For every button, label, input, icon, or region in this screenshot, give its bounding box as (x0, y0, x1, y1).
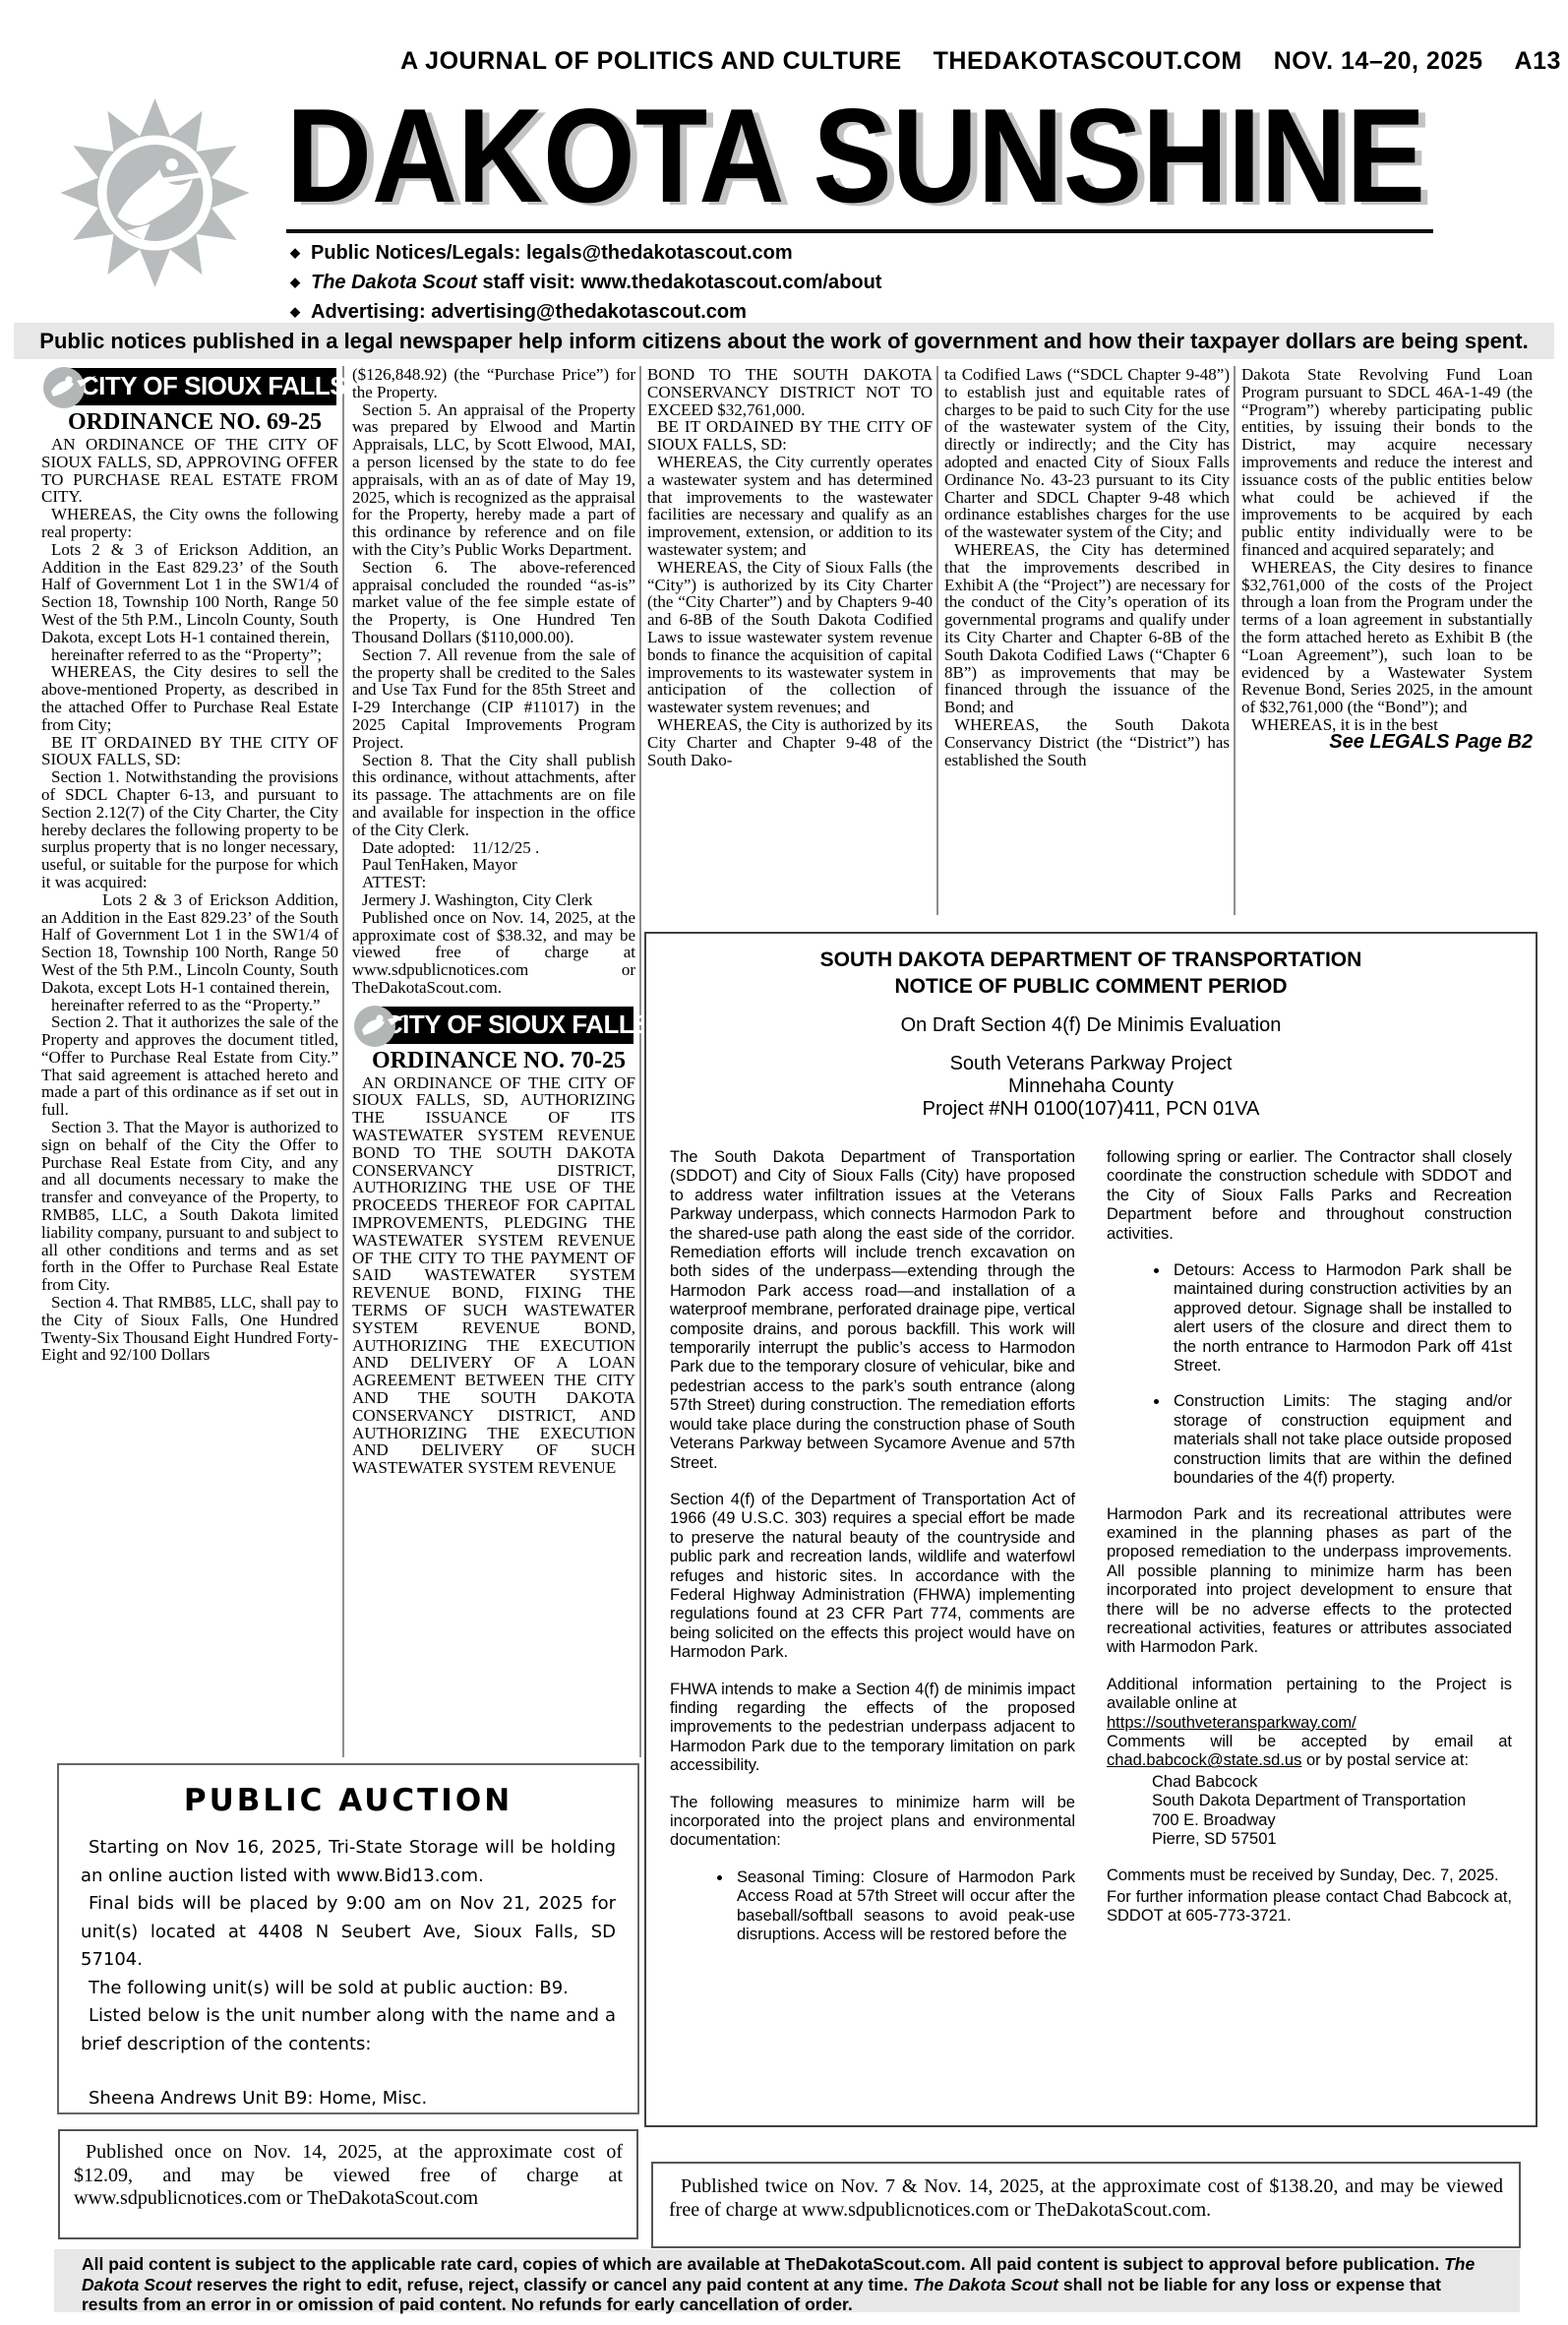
project-info-line: South Veterans Parkway Project (646, 1053, 1536, 1075)
harmodon-assessment-paragraph: Harmodon Park and its recreational attri… (1107, 1505, 1512, 1658)
paper-name-italic: The Dakota Scout (311, 272, 477, 293)
masthead-rule (286, 229, 1433, 233)
legal-paragraph: ATTEST: (352, 874, 635, 891)
legal-paragraph: ($126,848.92) (the “Purchase Price”) for… (352, 366, 635, 401)
additional-info-paragraph: Additional information pertaining to the… (1107, 1676, 1512, 1771)
publication-note-left: Published once on Nov. 14, 2025, at the … (58, 2129, 638, 2239)
diamond-bullet-icon: ◆ (290, 268, 300, 296)
ordinance-70-25-continued: BOND TO THE SOUTH DAKOTA CONSERVANCY DIS… (647, 366, 933, 768)
address-line: South Dakota Department of Transportatio… (1152, 1792, 1512, 1810)
sddot-left-column: The South Dakota Department of Transport… (670, 1148, 1075, 1961)
legal-paragraph: AN ORDINANCE OF THE CITY OF SIOUX FALLS,… (41, 436, 338, 506)
legal-paragraph: Jermery J. Washington, City Clerk (352, 891, 635, 909)
legal-paragraph: Section 5. An appraisal of the Property … (352, 401, 635, 559)
public-auction-notice: PUBLIC AUCTION Starting on Nov 16, 2025,… (57, 1763, 639, 2114)
staff-contact: The Dakota Scout staff visit: www.thedak… (311, 269, 881, 297)
legal-paragraph: BE IT ORDAINED BY THE CITY OF SIOUX FALL… (647, 418, 933, 454)
journal-tagline: A JOURNAL OF POLITICS AND CULTURE (400, 47, 902, 76)
city-seal-icon (41, 364, 98, 411)
legal-paragraph: WHEREAS, the City owns the following rea… (41, 506, 338, 541)
ordinance-70-25-continued: Dakota State Revolving Fund Loan Program… (1241, 366, 1533, 734)
legal-paragraph: Section 4. That RMB85, LLC, shall pay to… (41, 1294, 338, 1364)
ordinance-70-25-continued: ta Codified Laws (“SDCL Chapter 9-48”) t… (944, 366, 1230, 768)
legal-paragraph: Date adopted: 11/12/25 . (352, 839, 635, 857)
contact-line-staff: ◆ The Dakota Scout staff visit: www.thed… (290, 269, 881, 298)
address-line: 700 E. Broadway (1152, 1811, 1512, 1830)
publication-note-text: Published once on Nov. 14, 2025, at the … (74, 2141, 623, 2211)
additional-info-text: Additional information pertaining to the… (1107, 1676, 1512, 1712)
legal-paragraph: Lots 2 & 3 of Erickson Addition, an Addi… (41, 541, 338, 646)
comments-email-text: Comments will be accepted by email at (1107, 1733, 1512, 1750)
comments-postal-text: or by postal service at: (1301, 1751, 1469, 1769)
comment-deadline: Comments must be received by Sunday, Dec… (1107, 1866, 1512, 1885)
legal-paragraph: WHEREAS, the City of Sioux Falls (the “C… (647, 559, 933, 716)
masthead-contacts: ◆ Public Notices/Legals: legals@thedakot… (290, 239, 881, 328)
sddot-left-paragraphs: The South Dakota Department of Transport… (670, 1148, 1075, 1851)
legal-paragraph: Section 3. That the Mayor is authorized … (41, 1119, 338, 1294)
legal-paragraph: hereinafter referred to as the “Property… (41, 646, 338, 664)
auction-paragraph: Starting on Nov 16, 2025, Tri-State Stor… (81, 1834, 616, 1890)
measure-bullet: Detours: Access to Harmodon Park shall b… (1170, 1261, 1512, 1376)
ordinance-heading: ORDINANCE NO. 69-25 (41, 409, 338, 436)
city-of-sioux-falls-banner: CITY OF SIOUX FALLS (41, 366, 338, 409)
sddot-right-column: following spring or earlier. The Contrac… (1107, 1148, 1512, 1961)
column-divider (342, 366, 344, 1757)
paid-content-disclaimer: All paid content is subject to the appli… (54, 2249, 1520, 2312)
sddot-left-bullets: Seasonal Timing: Closure of Harmodon Par… (670, 1868, 1075, 1945)
legal-paragraph: BE IT ORDAINED BY THE CITY OF SIOUX FALL… (41, 734, 338, 769)
address-line: Pierre, SD 57501 (1152, 1830, 1512, 1849)
legal-paragraph: WHEREAS, the South Dakota Conservancy Di… (944, 716, 1230, 768)
legal-paragraph: AN ORDINANCE OF THE CITY OF SIOUX FALLS,… (352, 1074, 635, 1477)
diamond-bullet-icon: ◆ (290, 238, 300, 267)
project-website-link[interactable]: https://southveteransparkway.com/ (1107, 1714, 1357, 1732)
sddot-right-bullets: Detours: Access to Harmodon Park shall b… (1107, 1261, 1512, 1488)
sddot-title-line1: SOUTH DAKOTA DEPARTMENT OF TRANSPORTATIO… (646, 947, 1536, 973)
paper-name-italic: The Dakota Scout (913, 2275, 1058, 2294)
continued-on-page-note: See LEGALS Page B2 (1241, 734, 1533, 752)
sddot-title-line2: NOTICE OF PUBLIC COMMENT PERIOD (646, 973, 1536, 1000)
staff-contact-rest: staff visit: www.thedakotascout.com/abou… (477, 272, 882, 293)
bullet-continuation: following spring or earlier. The Contrac… (1107, 1148, 1512, 1244)
legal-paragraph: Paul TenHaken, Mayor (352, 856, 635, 874)
sddot-public-comment-notice: SOUTH DAKOTA DEPARTMENT OF TRANSPORTATIO… (644, 932, 1538, 2127)
legal-column-3: BOND TO THE SOUTH DAKOTA CONSERVANCY DIS… (647, 366, 933, 768)
legal-paragraph: Published once on Nov. 14, 2025, at the … (352, 909, 635, 997)
sddot-subtitle: On Draft Section 4(f) De Minimis Evaluat… (646, 1013, 1536, 1037)
publication-note-text: Published twice on Nov. 7 & Nov. 14, 202… (669, 2174, 1503, 2222)
legal-paragraph: Section 1. Notwithstanding the provision… (41, 768, 338, 891)
project-info-line: Project #NH 0100(107)411, PCN 01VA (646, 1098, 1536, 1121)
banner-label: CITY OF SIOUX FALLS (63, 368, 336, 405)
issue-date: NOV. 14–20, 2025 (1274, 47, 1483, 76)
legal-paragraph: Section 7. All revenue from the sale of … (352, 646, 635, 752)
diamond-bullet-icon: ◆ (290, 297, 300, 326)
legal-paragraph: BOND TO THE SOUTH DAKOTA CONSERVANCY DIS… (647, 366, 933, 418)
legal-paragraph: Section 8. That the City shall publish t… (352, 752, 635, 839)
column-divider (639, 366, 641, 1757)
notice-paragraph: FHWA intends to make a Section 4(f) de m… (670, 1681, 1075, 1776)
legal-column-4: ta Codified Laws (“SDCL Chapter 9-48”) t… (944, 366, 1230, 768)
legals-contact: Public Notices/Legals: legals@thedakotas… (311, 239, 793, 268)
sddot-body: The South Dakota Department of Transport… (646, 1148, 1536, 1961)
newspaper-page: A JOURNAL OF POLITICS AND CULTURE THEDAK… (0, 0, 1568, 2325)
legal-paragraph: Section 6. The above-referenced appraisa… (352, 559, 635, 646)
legal-paragraph: Dakota State Revolving Fund Loan Program… (1241, 366, 1533, 559)
auction-body: Starting on Nov 16, 2025, Tri-State Stor… (81, 1834, 616, 2113)
project-info-line: Minnehaha County (646, 1075, 1536, 1098)
notice-paragraph: The South Dakota Department of Transport… (670, 1148, 1075, 1473)
site-url: THEDAKOTASCOUT.COM (934, 47, 1242, 76)
masthead-title: DAKOTA SUNSHINE DAKOTA SUNSHINE (286, 91, 1434, 230)
banner-label: CITY OF SIOUX FALLS (374, 1007, 633, 1044)
sddot-notice-title: SOUTH DAKOTA DEPARTMENT OF TRANSPORTATIO… (646, 934, 1536, 1000)
notice-paragraph: Section 4(f) of the Department of Transp… (670, 1491, 1075, 1663)
ordinance-heading: ORDINANCE NO. 70-25 (352, 1048, 635, 1074)
city-of-sioux-falls-banner: CITY OF SIOUX FALLS (352, 1005, 635, 1048)
ordinance-70-25-text: AN ORDINANCE OF THE CITY OF SIOUX FALLS,… (352, 1074, 635, 1477)
city-seal-icon (352, 1003, 409, 1050)
postal-address-block: Chad BabcockSouth Dakota Department of T… (1152, 1773, 1512, 1850)
notice-strip: Public notices published in a legal news… (14, 323, 1554, 359)
auction-title: PUBLIC AUCTION (81, 1783, 616, 1818)
dakota-scout-logo-icon (54, 98, 256, 287)
legal-column-1: CITY OF SIOUX FALLS ORDINANCE NO. 69-25 … (41, 366, 338, 1364)
ordinance-69-25-text: AN ORDINANCE OF THE CITY OF SIOUX FALLS,… (41, 436, 338, 1364)
legal-paragraph: WHEREAS, the City has determined that th… (944, 541, 1230, 716)
contact-info: For further information please contact C… (1107, 1888, 1512, 1927)
auction-paragraph: Final bids will be placed by 9:00 am on … (81, 1890, 616, 1975)
sddot-project-info: South Veterans Parkway ProjectMinnehaha … (646, 1053, 1536, 1121)
legal-paragraph: WHEREAS, the City desires to sell the ab… (41, 663, 338, 733)
page-number: A13 (1515, 47, 1561, 76)
column-divider (936, 366, 938, 915)
measure-bullet: Seasonal Timing: Closure of Harmodon Par… (733, 1868, 1075, 1945)
legal-column-2: ($126,848.92) (the “Purchase Price”) for… (352, 366, 635, 1477)
legal-paragraph: ta Codified Laws (“SDCL Chapter 9-48”) t… (944, 366, 1230, 541)
measure-bullet: Construction Limits: The staging and/or … (1170, 1392, 1512, 1488)
legal-paragraph: hereinafter referred to as the “Property… (41, 997, 338, 1014)
auction-paragraph: Sheena Andrews Unit B9: Home, Misc. (81, 2085, 616, 2113)
masthead-text: DAKOTA SUNSHINE (286, 91, 1425, 230)
auction-paragraph: The following unit(s) will be sold at pu… (81, 1975, 616, 2003)
legal-paragraph: Lots 2 & 3 of Erickson Addition, an Addi… (41, 891, 338, 997)
legal-paragraph: WHEREAS, the City currently operates a w… (647, 454, 933, 559)
disclaimer-text: All paid content is subject to the appli… (82, 2254, 1444, 2274)
notice-paragraph: The following measures to minimize harm … (670, 1794, 1075, 1851)
legal-paragraph: WHEREAS, the City is authorized by its C… (647, 716, 933, 768)
legal-paragraph: WHEREAS, the City desires to finance $32… (1241, 559, 1533, 716)
legal-paragraph: Section 2. That it authorizes the sale o… (41, 1013, 338, 1119)
column-divider (1234, 366, 1236, 915)
contact-line-legals: ◆ Public Notices/Legals: legals@thedakot… (290, 239, 881, 269)
auction-paragraph: Listed below is the unit number along wi… (81, 2002, 616, 2058)
address-line: Chad Babcock (1152, 1773, 1512, 1792)
legal-column-5: Dakota State Revolving Fund Loan Program… (1241, 366, 1533, 752)
top-info-bar: A JOURNAL OF POLITICS AND CULTURE THEDAK… (423, 47, 1538, 76)
disclaimer-text: reserves the right to edit, refuse, reje… (192, 2275, 913, 2294)
comment-email-link[interactable]: chad.babcock@state.sd.us (1107, 1751, 1301, 1769)
ordinance-69-25-continued: ($126,848.92) (the “Purchase Price”) for… (352, 366, 635, 997)
publication-note-right: Published twice on Nov. 7 & Nov. 14, 202… (651, 2162, 1521, 2248)
